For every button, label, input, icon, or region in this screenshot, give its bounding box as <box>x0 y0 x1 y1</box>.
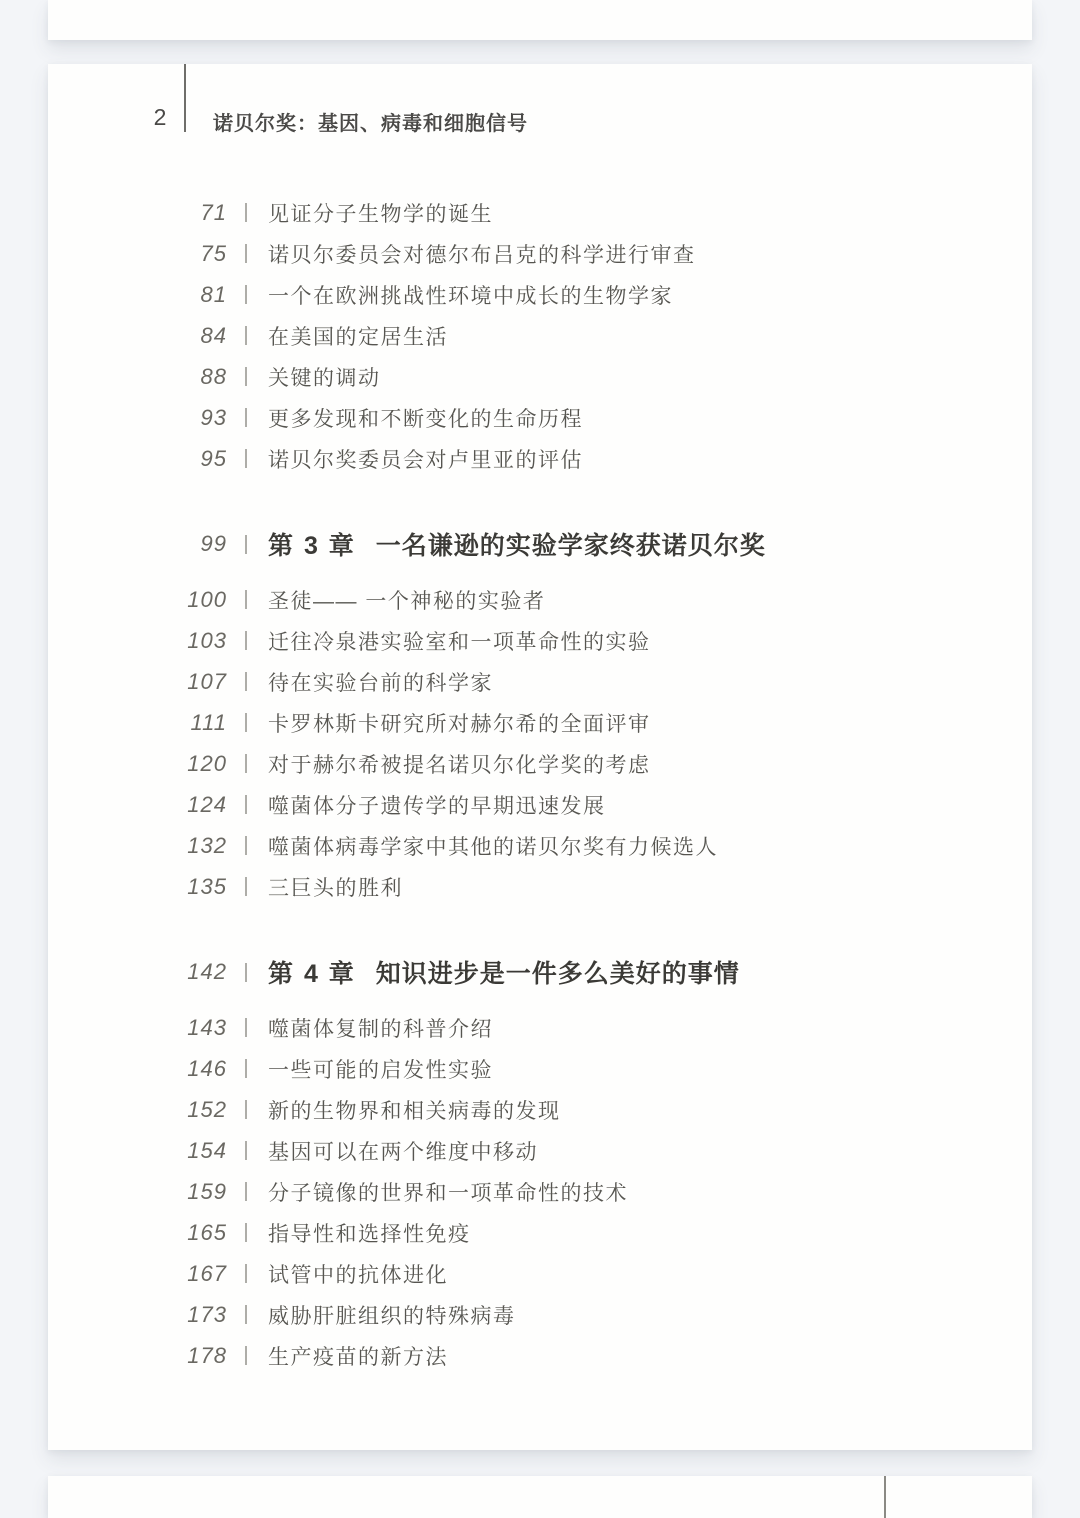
separator-bar <box>245 1100 247 1119</box>
separator-bar <box>245 1141 247 1160</box>
separator-bar <box>245 754 247 773</box>
toc-entry-page: 173 <box>48 1302 227 1328</box>
toc-entry-title: 新的生物界和相关病毒的发现 <box>268 1095 561 1125</box>
toc-entry: 120 对于赫尔希被提名诺贝尔化学奖的考虑 <box>48 743 1032 784</box>
separator-bar <box>245 1059 247 1078</box>
separator-bar <box>245 326 247 345</box>
toc-entry-page: 142 <box>48 959 227 985</box>
toc-entry: 75 诺贝尔委员会对德尔布吕克的科学进行审查 <box>48 233 1032 274</box>
table-of-contents: 71 见证分子生物学的诞生 75 诺贝尔委员会对德尔布吕克的科学进行审查 81 … <box>48 192 1032 1376</box>
separator-bar <box>245 590 247 609</box>
toc-entry-title: 基因可以在两个维度中移动 <box>268 1136 538 1166</box>
toc-entry: 178 生产疫苗的新方法 <box>48 1335 1032 1376</box>
toc-entry: 107 待在实验台前的科学家 <box>48 661 1032 702</box>
separator-bar <box>245 631 247 650</box>
toc-entry-title: 对于赫尔希被提名诺贝尔化学奖的考虑 <box>268 749 651 779</box>
toc-entry-page: 111 <box>48 710 227 736</box>
toc-entry-page: 143 <box>48 1015 227 1041</box>
toc-entry-page: 165 <box>48 1220 227 1246</box>
toc-entry: 132 噬菌体病毒学家中其他的诺贝尔奖有力候选人 <box>48 825 1032 866</box>
toc-entry-title: 试管中的抗体进化 <box>268 1259 448 1289</box>
toc-entry-page: 103 <box>48 628 227 654</box>
toc-entry-page: 135 <box>48 874 227 900</box>
toc-entry: 124 噬菌体分子遗传学的早期迅速发展 <box>48 784 1032 825</box>
toc-entry: 93 更多发现和不断变化的生命历程 <box>48 397 1032 438</box>
toc-entry: 81 一个在欧洲挑战性环境中成长的生物学家 <box>48 274 1032 315</box>
toc-entry: 167 试管中的抗体进化 <box>48 1253 1032 1294</box>
toc-entry-title: 待在实验台前的科学家 <box>268 667 493 697</box>
toc-entry-page: 152 <box>48 1097 227 1123</box>
toc-entry: 95 诺贝尔奖委员会对卢里亚的评估 <box>48 438 1032 479</box>
toc-entry-page: 167 <box>48 1261 227 1287</box>
next-page-header-divider <box>884 1476 886 1518</box>
toc-entry-page: 120 <box>48 751 227 777</box>
toc-chapter-heading: 99 第 3 章 一名谦逊的实验学家终获诺贝尔奖 <box>48 521 1032 567</box>
separator-bar <box>245 1264 247 1283</box>
toc-entry-page: 95 <box>48 446 227 472</box>
toc-entry: 84 在美国的定居生活 <box>48 315 1032 356</box>
toc-entry-page: 146 <box>48 1056 227 1082</box>
separator-bar <box>245 836 247 855</box>
toc-entry-page: 81 <box>48 282 227 308</box>
toc-entry-title: 卡罗林斯卡研究所对赫尔希的全面评审 <box>268 708 651 738</box>
toc-chapter-heading: 142 第 4 章 知识进步是一件多么美好的事情 <box>48 949 1032 995</box>
separator-bar <box>245 1223 247 1242</box>
previous-page-bottom-edge <box>48 0 1032 40</box>
toc-entry-title: 诺贝尔委员会对德尔布吕克的科学进行审查 <box>268 239 696 269</box>
chapter-title: 知识进步是一件多么美好的事情 <box>376 954 740 990</box>
toc-entry-title: 关键的调动 <box>268 362 381 392</box>
toc-entry: 135 三巨头的胜利 <box>48 866 1032 907</box>
chapter-label: 第 3 章 <box>268 526 356 562</box>
toc-entry-title: 噬菌体复制的科普介绍 <box>268 1013 493 1043</box>
toc-entry-page: 132 <box>48 833 227 859</box>
toc-entry-page: 99 <box>48 531 227 557</box>
separator-bar <box>245 203 247 222</box>
toc-entry: 173 威胁肝脏组织的特殊病毒 <box>48 1294 1032 1335</box>
toc-entry-title: 分子镜像的世界和一项革命性的技术 <box>268 1177 628 1207</box>
chapter-title: 一名谦逊的实验学家终获诺贝尔奖 <box>376 526 766 562</box>
toc-entry-page: 93 <box>48 405 227 431</box>
toc-entry-title: 更多发现和不断变化的生命历程 <box>268 403 583 433</box>
header-divider <box>184 64 186 132</box>
toc-entry-page: 71 <box>48 200 227 226</box>
toc-entry: 154 基因可以在两个维度中移动 <box>48 1130 1032 1171</box>
toc-entry-title: 威胁肝脏组织的特殊病毒 <box>268 1300 516 1330</box>
toc-entry: 88 关键的调动 <box>48 356 1032 397</box>
book-page: 2 诺贝尔奖：基因、病毒和细胞信号 71 见证分子生物学的诞生 75 诺贝尔委员… <box>48 64 1032 1450</box>
separator-bar <box>245 795 247 814</box>
toc-entry: 103 迁往冷泉港实验室和一项革命性的实验 <box>48 620 1032 661</box>
toc-entry-title: 诺贝尔奖委员会对卢里亚的评估 <box>268 444 583 474</box>
toc-entry-page: 124 <box>48 792 227 818</box>
toc-entry: 159 分子镜像的世界和一项革命性的技术 <box>48 1171 1032 1212</box>
toc-entry: 152 新的生物界和相关病毒的发现 <box>48 1089 1032 1130</box>
toc-entry: 165 指导性和选择性免疫 <box>48 1212 1032 1253</box>
toc-entry-page: 159 <box>48 1179 227 1205</box>
page-number: 2 <box>138 104 182 131</box>
toc-entry: 100 圣徒—— 一个神秘的实验者 <box>48 579 1032 620</box>
chapter-label: 第 4 章 <box>268 954 356 990</box>
separator-bar <box>245 1182 247 1201</box>
toc-entry-page: 178 <box>48 1343 227 1369</box>
toc-entry-page: 100 <box>48 587 227 613</box>
separator-bar <box>245 672 247 691</box>
separator-bar <box>245 408 247 427</box>
toc-entry-title: 圣徒—— 一个神秘的实验者 <box>268 585 545 615</box>
toc-entry-page: 107 <box>48 669 227 695</box>
toc-entry-page: 84 <box>48 323 227 349</box>
toc-entry-title: 在美国的定居生活 <box>268 321 448 351</box>
book-title: 诺贝尔奖：基因、病毒和细胞信号 <box>213 107 528 136</box>
separator-bar <box>245 367 247 386</box>
separator-bar <box>245 285 247 304</box>
toc-entry-title: 见证分子生物学的诞生 <box>268 198 493 228</box>
toc-entry-title: 一个在欧洲挑战性环境中成长的生物学家 <box>268 280 673 310</box>
toc-entry-page: 154 <box>48 1138 227 1164</box>
toc-entry-title: 指导性和选择性免疫 <box>268 1218 471 1248</box>
separator-bar <box>245 535 247 554</box>
separator-bar <box>245 1018 247 1037</box>
toc-entry-page: 88 <box>48 364 227 390</box>
toc-entry-title: 三巨头的胜利 <box>268 872 403 902</box>
toc-entry: 111 卡罗林斯卡研究所对赫尔希的全面评审 <box>48 702 1032 743</box>
toc-entry: 146 一些可能的启发性实验 <box>48 1048 1032 1089</box>
toc-entry: 143 噬菌体复制的科普介绍 <box>48 1007 1032 1048</box>
separator-bar <box>245 877 247 896</box>
toc-entry-title: 一些可能的启发性实验 <box>268 1054 493 1084</box>
toc-entry: 71 见证分子生物学的诞生 <box>48 192 1032 233</box>
separator-bar <box>245 244 247 263</box>
separator-bar <box>245 449 247 468</box>
separator-bar <box>245 1305 247 1324</box>
separator-bar <box>245 1346 247 1365</box>
separator-bar <box>245 963 247 982</box>
toc-entry-title: 噬菌体分子遗传学的早期迅速发展 <box>268 790 606 820</box>
toc-entry-title: 迁往冷泉港实验室和一项革命性的实验 <box>268 626 651 656</box>
toc-entry-title: 噬菌体病毒学家中其他的诺贝尔奖有力候选人 <box>268 831 718 861</box>
separator-bar <box>245 713 247 732</box>
toc-entry-title: 生产疫苗的新方法 <box>268 1341 448 1371</box>
next-page-top-edge <box>48 1476 1032 1518</box>
toc-entry-page: 75 <box>48 241 227 267</box>
